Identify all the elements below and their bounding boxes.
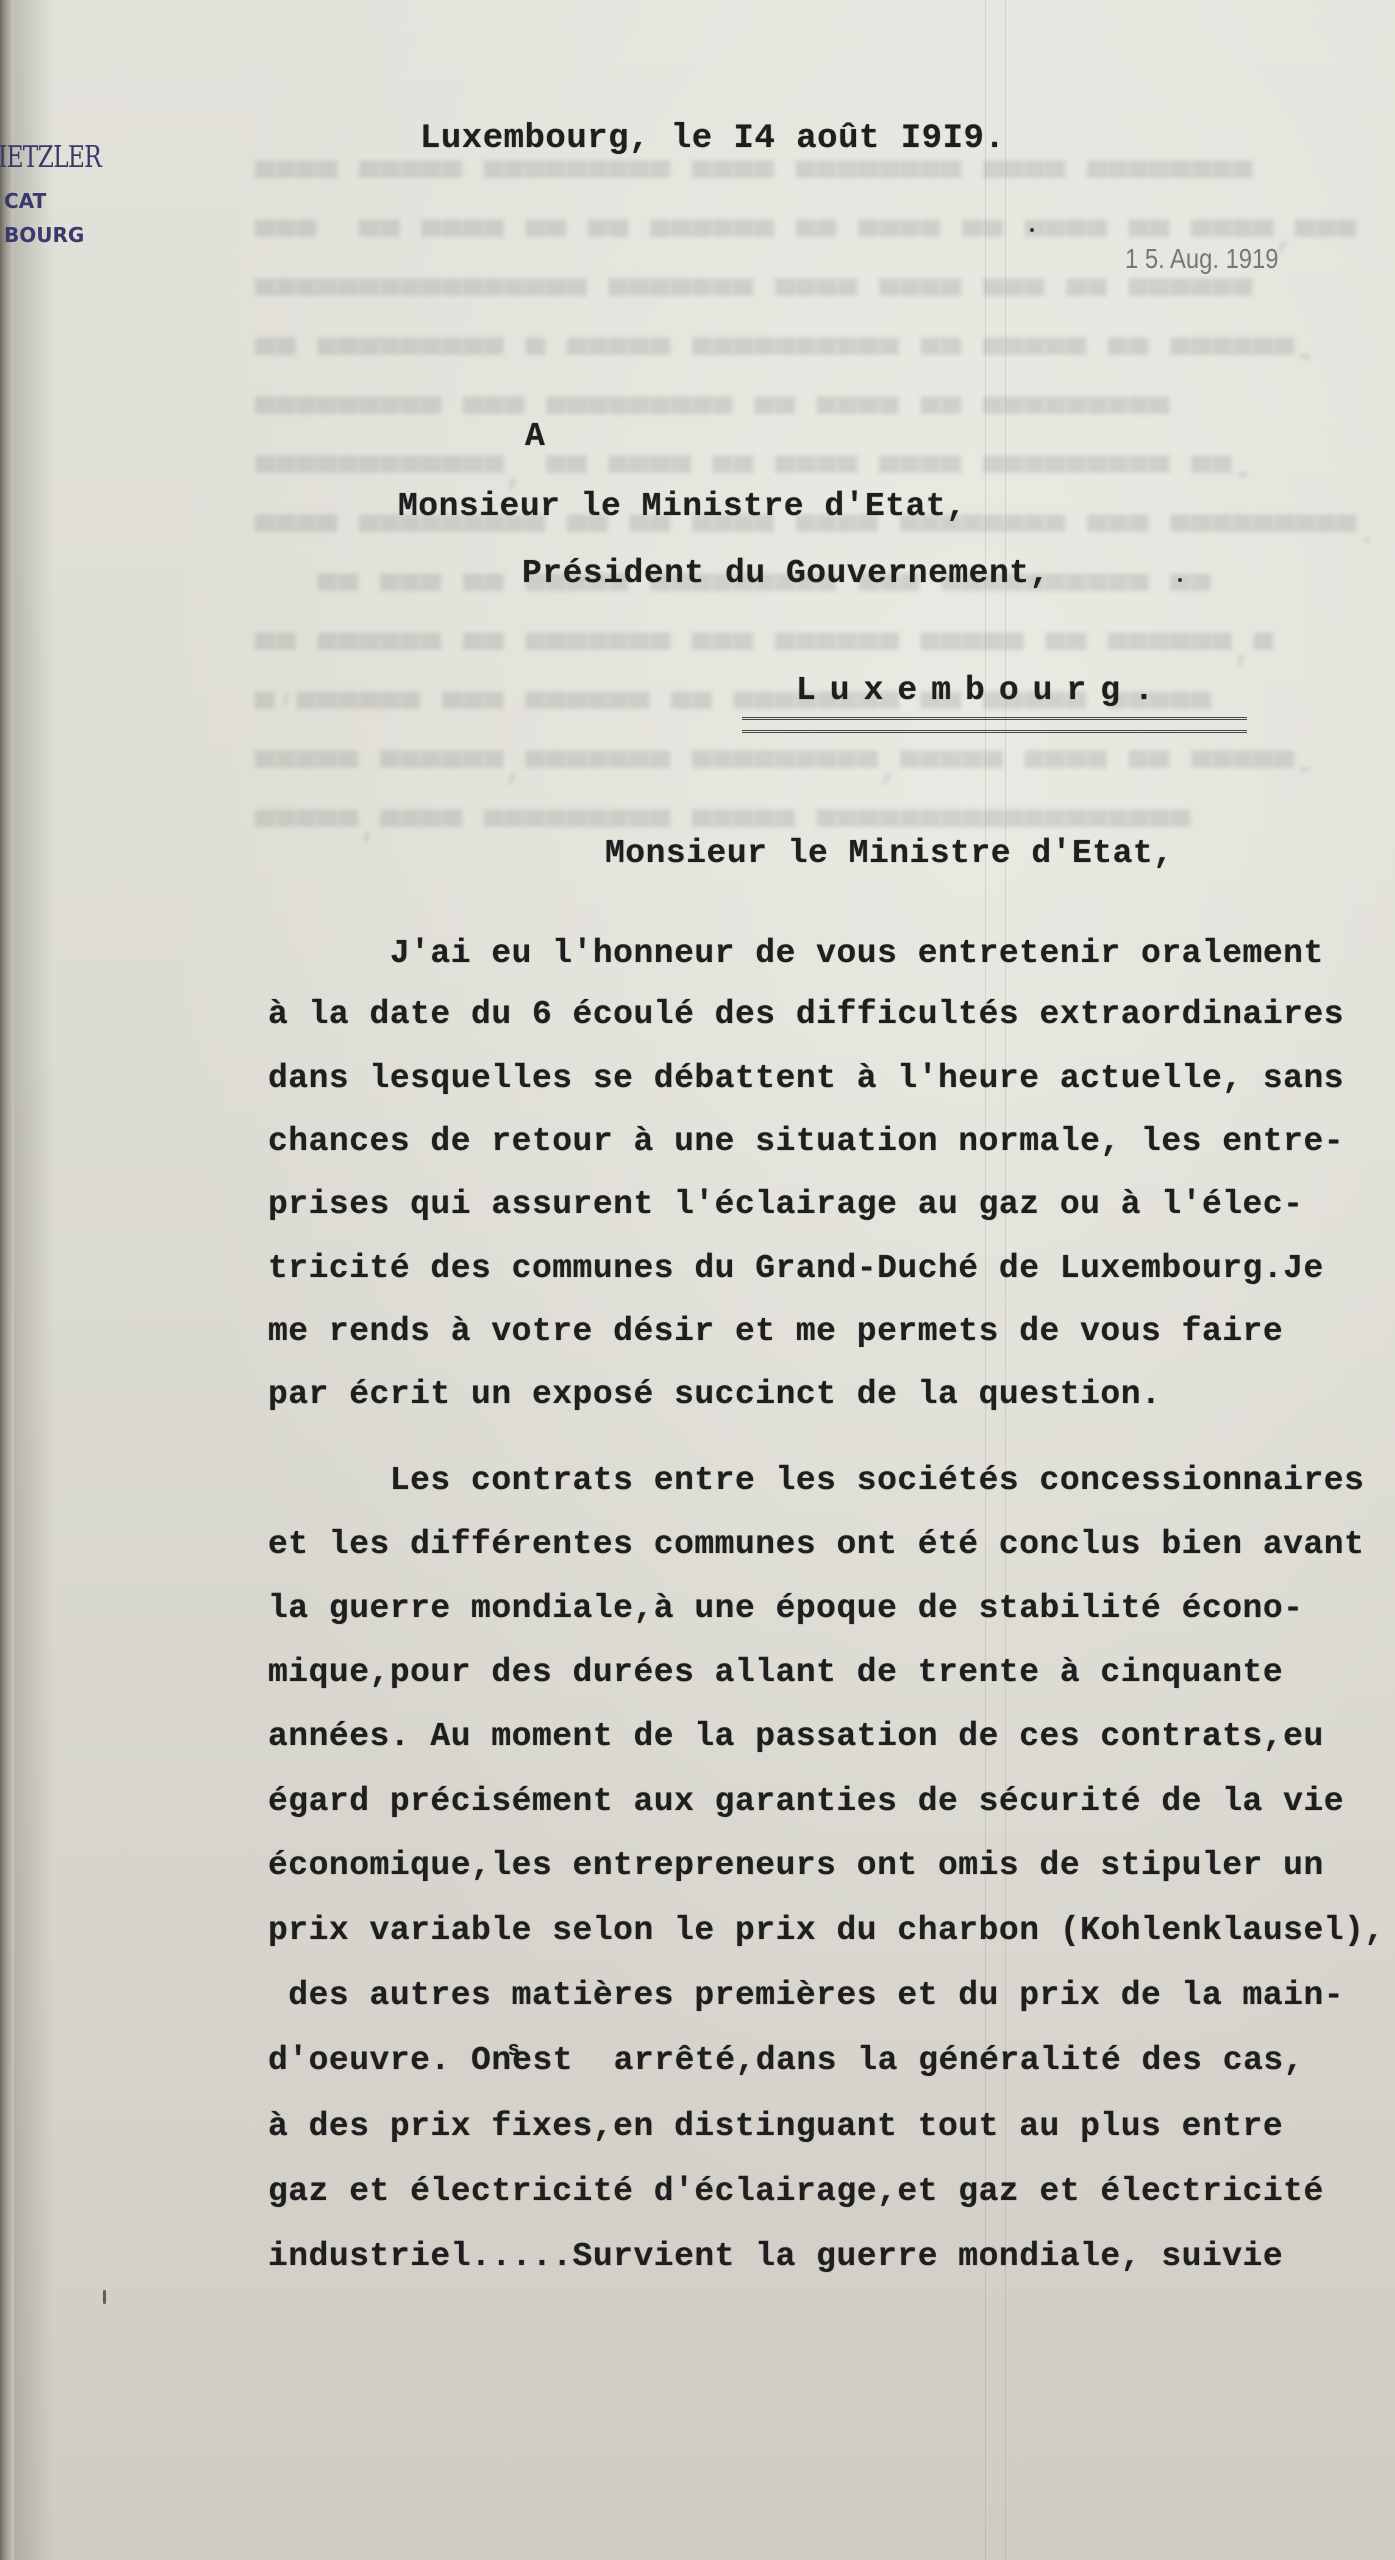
ink-speck: [1178, 578, 1182, 582]
handwritten-correction: s: [508, 2039, 521, 2062]
body-line: prix variable selon le prix du charbon (…: [268, 1912, 1385, 1949]
body-line: prises qui assurent l'éclairage au gaz o…: [268, 1186, 1303, 1223]
body-line: industriel.....Survient la guerre mondia…: [268, 2238, 1283, 2275]
letterhead-stamp: IETZLER CAT BOURG: [4, 140, 130, 247]
salutation: Monsieur le Ministre d'Etat,: [605, 835, 1174, 872]
letterhead-name: IETZLER: [0, 140, 101, 175]
binding-edge: [0, 0, 14, 2560]
body-line: la guerre mondiale,à une époque de stabi…: [268, 1590, 1303, 1627]
body-line-rest: est arrêté,dans la généralité des cas,: [512, 2042, 1304, 2079]
recipient-double-underline: [742, 717, 1247, 733]
recipient-line-2: Président du Gouvernement,: [522, 555, 1050, 592]
body-line: par écrit un exposé succinct de la quest…: [268, 1376, 1161, 1413]
date-line: Luxembourg, le I4 août I9I9.: [420, 120, 1005, 158]
body-line: mique,pour des durées allant de trente à…: [268, 1654, 1283, 1691]
ink-mark: [103, 2290, 106, 2304]
document-page: ▀▀▀▀ ▀▀▀▀▀ ▀▀▀▀▀▀▀▀▀ ▀▀▀▀ ▀▀▀▀▀▀▀▀ ▀▀▀▀ …: [0, 0, 1395, 2560]
body-line: tricité des communes du Grand-Duché de L…: [268, 1250, 1324, 1287]
body-line: à des prix fixes,en distinguant tout au …: [268, 2108, 1283, 2145]
body-line: économique,les entrepreneurs ont omis de…: [268, 1847, 1324, 1884]
body-line: dans lesquelles se débattent à l'heure a…: [268, 1060, 1344, 1097]
received-date-stamp: 1 5. Aug. 1919: [1125, 243, 1279, 275]
body-line-start: d'oeuvre. On: [268, 2042, 512, 2079]
body-line: me rends à votre désir et me permets de …: [268, 1313, 1283, 1350]
body-line: J'ai eu l'honneur de vous entretenir ora…: [268, 935, 1324, 972]
binding-shadow: [14, 0, 54, 2560]
recipient-line-1: Monsieur le Ministre d'Etat,: [398, 488, 967, 525]
body-line: à la date du 6 écoulé des difficultés ex…: [268, 996, 1344, 1033]
body-line: égard précisément aux garanties de sécur…: [268, 1783, 1344, 1820]
body-line-with-correction: d'oeuvre. Onsest arrêté,dans la générali…: [268, 2042, 1304, 2079]
body-line: et les différentes communes ont été conc…: [268, 1526, 1364, 1563]
body-line: Les contrats entre les sociétés concessi…: [268, 1462, 1364, 1499]
recipient-city: Luxembourg.: [796, 672, 1168, 709]
recipient-prefix: A: [525, 418, 545, 455]
body-line: gaz et électricité d'éclairage,et gaz et…: [268, 2173, 1324, 2210]
body-line: chances de retour à une situation normal…: [268, 1123, 1344, 1160]
letterhead-title: CAT: [4, 189, 130, 213]
letterhead-city: BOURG: [4, 223, 130, 247]
ink-speck: [1030, 228, 1034, 232]
body-line: années. Au moment de la passation de ces…: [268, 1718, 1324, 1755]
body-line: des autres matières premières et du prix…: [268, 1977, 1344, 2014]
